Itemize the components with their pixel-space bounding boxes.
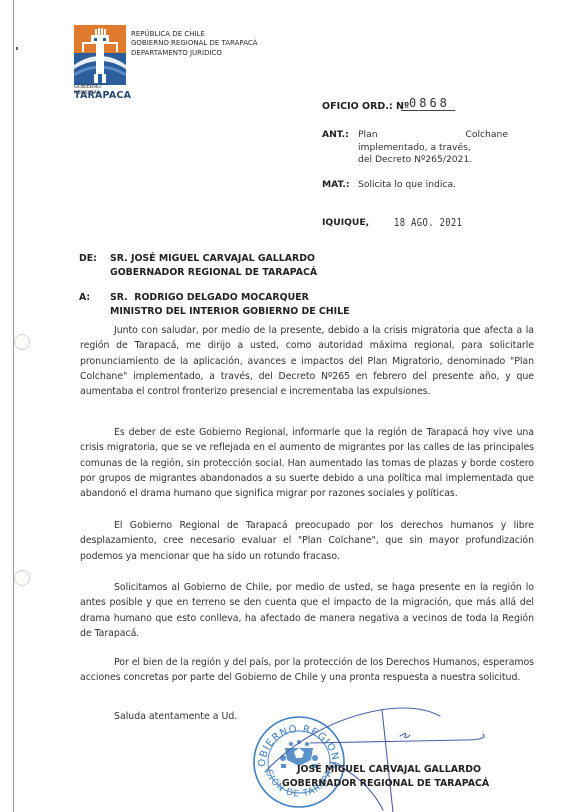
ant-text: Plan Colchane implementado, a través, de… <box>358 129 508 167</box>
ant-line1-left: Plan <box>358 129 378 142</box>
recipient-name: SR. RODRIGO DELGADO MOCARQUER <box>110 291 350 305</box>
recipient-title: MINISTRO DEL INTERIOR GOBIERNO DE CHILE <box>110 305 350 319</box>
logo-name: TARAPACA <box>74 90 131 101</box>
page-edge-line <box>13 0 14 812</box>
letterhead-line-department: DEPARTAMENTO JURÍDICO <box>131 49 258 58</box>
signatory: JOSÉ MIGUEL CARVAJAL GALLARDO GOBERNADOR… <box>297 763 489 790</box>
oficio-number: 0868 <box>401 96 455 111</box>
de-label: DE: <box>79 253 97 264</box>
body-paragraph: Por el bien de la región y del país, por… <box>80 655 534 686</box>
letterhead: REPÚBLICA DE CHILE GOBIERNO REGIONAL DE … <box>131 30 258 58</box>
oficio-label: OFICIO ORD.: Nº <box>322 101 409 112</box>
ant-line1-right: Colchane <box>465 129 508 142</box>
ant-label: ANT.: <box>322 129 349 140</box>
a-label: A: <box>79 292 90 303</box>
signatory-name: JOSÉ MIGUEL CARVAJAL GALLARDO <box>297 763 489 777</box>
letterhead-line-government: GOBIERNO REGIONAL DE TARAPACÁ <box>131 39 258 48</box>
place-label: IQUIQUE, <box>322 217 369 228</box>
recipient-block: SR. RODRIGO DELGADO MOCARQUER MINISTRO D… <box>110 291 350 319</box>
sender-name: SR. JOSÉ MIGUEL CARVAJAL GALLARDO <box>110 252 317 266</box>
sender-title: GOBERNADOR REGIONAL DE TARAPACÁ <box>110 266 317 280</box>
body-paragraph: Junto con saludar, por medio de la prese… <box>80 323 534 399</box>
official-seal-icon: GOBIERNO REGIONAL REGIÓN DE TARAPACÁ <box>251 714 347 810</box>
scan-mark <box>16 47 18 50</box>
mat-label: MAT.: <box>322 179 350 190</box>
ant-line3: del Decreto Nº265/2021. <box>358 154 508 167</box>
sender-block: SR. JOSÉ MIGUEL CARVAJAL GALLARDO GOBERN… <box>110 252 317 280</box>
signatory-title: GOBERNADOR REGIONAL DE TARAPACÁ <box>282 777 489 791</box>
punch-hole <box>14 334 30 350</box>
punch-hole <box>14 570 30 586</box>
date-stamp: 18 AGO. 2021 <box>394 216 462 229</box>
closing-greeting: Saluda atentamente a Ud. <box>114 711 237 722</box>
letterhead-line-country: REPÚBLICA DE CHILE <box>131 30 258 39</box>
body-paragraph: El Gobierno Regional de Tarapacá preocup… <box>80 518 534 564</box>
body-paragraph: Solicitamos al Gobierno de Chile, por me… <box>80 580 534 641</box>
mat-text: Solicita lo que indica. <box>358 179 508 192</box>
ant-line2: implementado, a través, <box>358 142 508 155</box>
body-paragraph: Es deber de este Gobierno Regional, info… <box>80 425 534 501</box>
